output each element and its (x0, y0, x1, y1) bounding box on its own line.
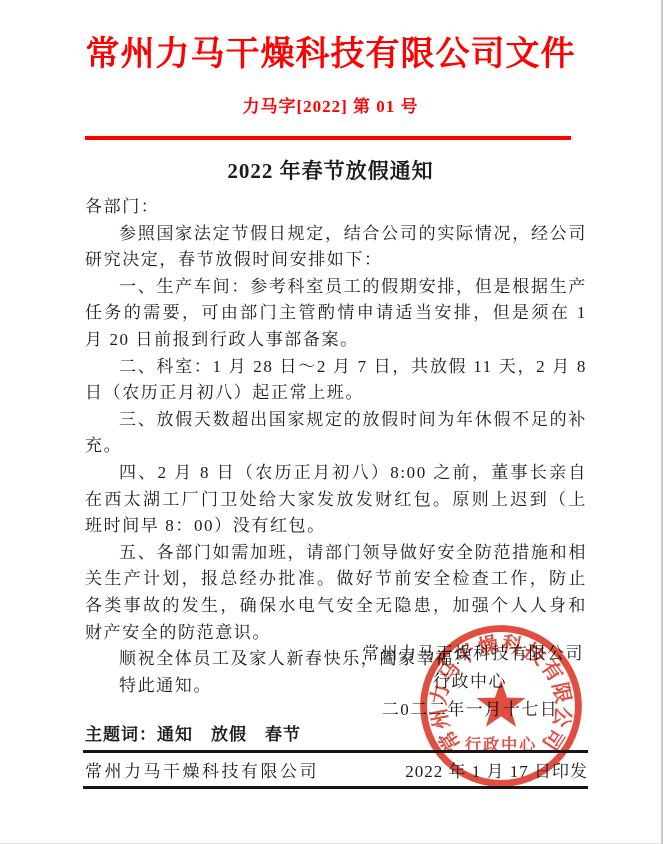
paragraph-intro: 参照国家法定节假日规定，结合公司的实际情况，经公司研究决定，春节放假时间安排如下… (85, 221, 587, 274)
paragraph-item-1: 一、生产车间：参考科室员工的假期安排，但是根据生产任务的需要，可由部门主管酌情申… (85, 274, 587, 354)
signature-department: 行政中心 (356, 668, 584, 696)
document-page: 常州力马干燥科技有限公司文件 力马字[2022] 第 01 号 2022 年春节… (0, 0, 663, 844)
signature-block: 常州力马干燥科技有限公司 行政中心 二0二二年一月十七日 (356, 640, 584, 724)
footer-issue-date: 2022 年 1 月 17 日印发 (405, 757, 588, 782)
doc-number: 力马字[2022] 第 01 号 (0, 92, 661, 117)
issue-row: 常州力马干燥科技有限公司 2022 年 1 月 17 日印发 (83, 753, 588, 786)
subject-keywords: 通知 放假 春节 (157, 725, 301, 744)
subject-label: 主题词： (85, 725, 157, 744)
paragraph-item-2: 二、科室：1 月 28 日～2 月 7 日，共放假 11 天，2 月 8 日（农… (85, 354, 587, 407)
paragraph-item-4: 四、2 月 8 日（农历正月初八）8:00 之前，董事长亲自在西太湖工厂门卫处给… (85, 460, 587, 540)
paragraph-item-5: 五、各部门如需加班，请部门领导做好安全防范措施和相关生产计划，报总经办批准。做好… (85, 540, 587, 646)
paragraph-item-3: 三、放假天数超出国家规定的放假时间为年休假不足的补充。 (85, 407, 587, 460)
red-divider-rule (85, 136, 571, 140)
notice-body: 各部门： 参照国家法定节假日规定，结合公司的实际情况，经公司研究决定，春节放假时… (85, 194, 587, 699)
footer-company: 常州力马干燥科技有限公司 (85, 757, 319, 782)
notice-title: 2022 年春节放假通知 (0, 155, 661, 185)
signature-company: 常州力马干燥科技有限公司 (356, 640, 584, 668)
subject-row: 主题词：通知 放假 春节 (83, 719, 588, 750)
footer-block: 主题词：通知 放假 春节 常州力马干燥科技有限公司 2022 年 1 月 17 … (83, 719, 588, 789)
salutation: 各部门： (85, 194, 587, 221)
org-title: 常州力马干燥科技有限公司文件 (0, 0, 661, 76)
footer-rule-bottom (83, 786, 588, 789)
